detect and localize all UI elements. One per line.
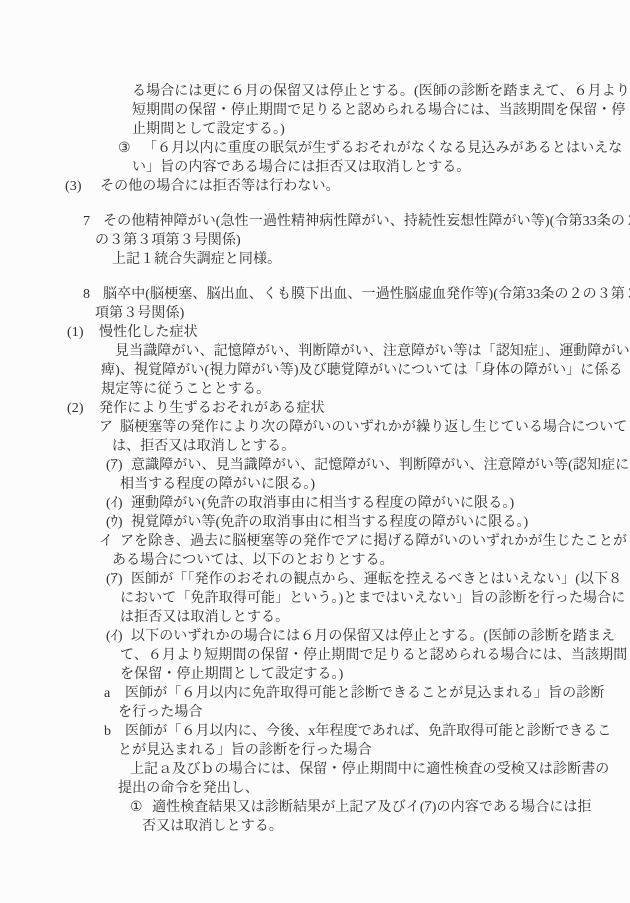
line-text: 医師が「６月以内に免許取得可能と診断できることが見込まれる」旨の診断	[125, 684, 604, 703]
document-line: 否又は取消しとする。	[142, 817, 283, 836]
item-marker: (ｲ)	[106, 627, 123, 646]
line-text: 以下のいずれかの場合には６月の保留又は停止とする。(医師の診断を踏まえ	[131, 627, 615, 646]
document-line: 提出の命令を発出し、	[118, 779, 259, 798]
document-line: て、６月より短期間の保留・停止期間で足りると認められる場合には、当該期間	[120, 646, 627, 665]
document-line: る場合には更に６月の保留又は停止とする。(医師の診断を踏まえて、６月より	[132, 82, 630, 101]
item-marker: (ｱ)	[106, 570, 123, 589]
document-line: イ アを除き、過去に脳梗塞等の発作でアに掲げる障がいのいずれかが生じたことが	[0, 532, 630, 551]
line-text: 運動障がい(免許の取消事由に相当する程度の障がいに限る。)	[131, 494, 514, 513]
item-marker: ③	[118, 139, 131, 158]
document-line: い」旨の内容である場合には拒否又は取消しとする。	[132, 158, 470, 177]
line-text: その他精神障がい(急性一過性精神病性障がい、持続性妄想性障がい等)(令第33条の…	[103, 212, 630, 231]
line-text: 医師が「「発作のおそれの観点から、運転を控えるべきとはいえない」(以下８	[131, 570, 622, 589]
document-line: (2) 発作により生ずるおそれがある症状	[0, 399, 630, 418]
line-text: 慢性化した症状	[99, 323, 198, 342]
document-line: (ｱ) 医師が「「発作のおそれの観点から、運転を控えるべきとはいえない」(以下８	[0, 570, 630, 589]
item-marker: ア	[99, 418, 113, 437]
document-line: ア 脳梗塞等の発作により次の障がいのいずれかが繰り返し生じている場合について	[0, 418, 630, 437]
item-marker: a	[104, 684, 110, 703]
document-line: 止期間として設定する。)	[132, 120, 285, 139]
item-marker: 8	[83, 285, 90, 304]
document-line: 上記１統合失調症と同様。	[112, 250, 281, 269]
line-text: 「６月以内に重度の眠気が生ずるおそれがなくなる見込みがあるとはいえな	[143, 139, 622, 158]
document-line: を行った場合	[118, 703, 203, 722]
line-text: その他の場合には拒否等は行わない。	[100, 177, 340, 196]
line-text: 意識障がい、見当識障がい、記憶障がい、判断障がい、注意障がい等(認知症に	[131, 456, 629, 475]
document-line: a 医師が「６月以内に免許取得可能と診断できることが見込まれる」旨の診断	[0, 684, 630, 703]
item-marker: (ｱ)	[106, 456, 123, 475]
line-text: 視覚障がい等(免許の取消事由に相当する程度の障がいに限る。)	[131, 513, 528, 532]
line-text: 発作により生ずるおそれがある症状	[99, 399, 325, 418]
document-line: (1) 慢性化した症状	[0, 323, 630, 342]
item-marker: (ｳ)	[106, 513, 123, 532]
document-line: とが見込まれる」旨の診断を行った場合	[118, 741, 372, 760]
line-text: アを除き、過去に脳梗塞等の発作でアに掲げる障がいのいずれかが生じたことが	[120, 532, 627, 551]
document-line: 痺)、視覚障がい(視力障がい等)及び聴覚障がいについては「身体の障がい」に係る	[101, 361, 623, 380]
document-line: 7 その他精神障がい(急性一過性精神病性障がい、持続性妄想性障がい等)(令第33…	[0, 212, 630, 231]
document-line: 相当する程度の障がいに限る。)	[120, 475, 315, 494]
document-line: 項第３号関係)	[95, 304, 184, 323]
item-marker: (3)	[65, 177, 82, 196]
item-marker: (2)	[67, 399, 84, 418]
document-line: (ｳ) 視覚障がい等(免許の取消事由に相当する程度の障がいに限る。)	[0, 513, 630, 532]
item-marker: (1)	[67, 323, 84, 342]
line-text: 医師が「６月以内に、今後、x年程度であれば、免許取得可能と診断できるこ	[125, 722, 612, 741]
line-text: 脳卒中(脳梗塞、脳出血、くも膜下出血、一過性脳虚血発作等)(令第33条の２の３第…	[103, 285, 630, 304]
document-line: 規定等に従うこととする。	[101, 380, 270, 399]
line-text: 適性検査結果又は診断結果が上記ア及びイ(ｱ)の内容である場合には拒	[152, 798, 592, 817]
document-line: (ｱ) 意識障がい、見当識障がい、記憶障がい、判断障がい、注意障がい等(認知症に	[0, 456, 630, 475]
document-line: (ｲ) 以下のいずれかの場合には６月の保留又は停止とする。(医師の診断を踏まえ	[0, 627, 630, 646]
document-line: において「免許取得可能」という。)とまではいえない」旨の診断を行った場合に	[120, 589, 625, 608]
item-marker: 7	[83, 212, 90, 231]
document-line: ③ 「６月以内に重度の眠気が生ずるおそれがなくなる見込みがあるとはいえな	[0, 139, 630, 158]
document-line: 見当識障がい、記憶障がい、判断障がい、注意障がい等は「認知症」、運動障がい(麻	[115, 342, 630, 361]
document-line: は、拒否又は取消しとする。	[112, 437, 295, 456]
document-line: は拒否又は取消しとする。	[120, 608, 289, 627]
document-line: b 医師が「６月以内に、今後、x年程度であれば、免許取得可能と診断できるこ	[0, 722, 630, 741]
document-line: 短期間の保留・停止期間で足りると認められる場合には、当該期間を保留・停	[132, 101, 626, 120]
document-line: (ｲ) 運動障がい(免許の取消事由に相当する程度の障がいに限る。)	[0, 494, 630, 513]
item-marker: イ	[99, 532, 113, 551]
document-line: 上記ａ及びｂの場合には、保留・停止期間中に適性検査の受検又は診断書の	[130, 760, 609, 779]
document-line: ある場合については、以下のとおりとする。	[112, 551, 394, 570]
item-marker: b	[104, 722, 111, 741]
document-line: (3) その他の場合には拒否等は行わない。	[0, 177, 630, 196]
item-marker: ①	[130, 798, 143, 817]
item-marker: (ｲ)	[106, 494, 123, 513]
document-page: る場合には更に６月の保留又は停止とする。(医師の診断を踏まえて、６月より 短期間…	[0, 0, 630, 903]
document-line: の３第３項第３号関係)	[95, 231, 241, 250]
document-line: を保留・停止期間として設定する。)	[120, 665, 343, 684]
document-line: ① 適性検査結果又は診断結果が上記ア及びイ(ｱ)の内容である場合には拒	[0, 798, 630, 817]
line-text: 脳梗塞等の発作により次の障がいのいずれかが繰り返し生じている場合について	[120, 418, 627, 437]
document-line: 8 脳卒中(脳梗塞、脳出血、くも膜下出血、一過性脳虚血発作等)(令第33条の２の…	[0, 285, 630, 304]
